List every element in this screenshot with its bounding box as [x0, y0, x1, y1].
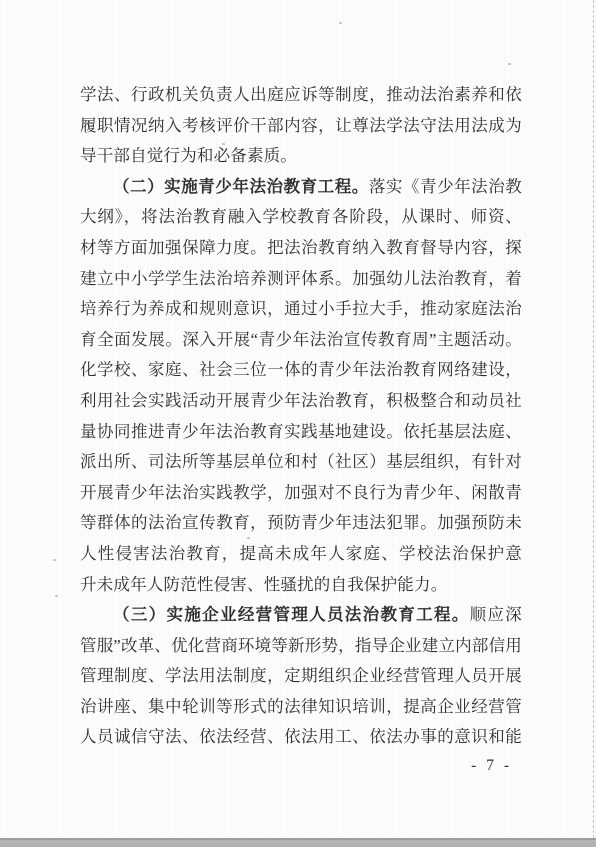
- page-number: - 7 -: [471, 757, 512, 775]
- document-body: 学法、行政机关负责人出庭应诉等制度，推动法治素养和依法 履职情况纳入考核评价干部…: [80, 80, 522, 753]
- scan-speck: [508, 63, 511, 65]
- text-line: （三）实施企业经营管理人员法治教育工程。顺应深化“放: [80, 600, 522, 631]
- section-heading: （三）实施企业经营管理人员法治教育工程。: [113, 605, 470, 624]
- scan-speck: [222, 143, 225, 145]
- section-heading: （二）实施青少年法治教育工程。: [113, 177, 369, 196]
- text-line: 建立中小学学生法治培养测评体系。加强幼儿法治教育，着力: [80, 264, 522, 295]
- text-line: 治讲座、集中轮训等形式的法律知识培训，提高企业经营管理: [80, 692, 522, 723]
- text-line: 等群体的法治宣传教育，预防青少年违法犯罪。加强预防未成年: [80, 508, 522, 539]
- text-line: 材等方面加强保障力度。把法治教育纳入教育督导内容，探索: [80, 233, 522, 264]
- text-line: 人性侵害法治教育，提高未成年人家庭、学校法治保护意识，提: [80, 539, 522, 570]
- text-line: （二）实施青少年法治教育工程。落实《青少年法治教育: [80, 172, 522, 203]
- text-line: 导干部自觉行为和必备素质。: [80, 141, 522, 172]
- paragraph: （二）实施青少年法治教育工程。落实《青少年法治教育 大纲》，将法治教育融入学校教…: [80, 172, 522, 600]
- text-line: 化学校、家庭、社会三位一体的青少年法治教育网络建设，充分: [80, 355, 522, 386]
- text-line: 人员诚信守法、依法经营、依法用工、依法办事的意识和能力。: [80, 722, 522, 753]
- text-line: 升未成年人防范性侵害、性骚扰的自我保护能力。: [80, 570, 522, 601]
- paragraph: 学法、行政机关负责人出庭应诉等制度，推动法治素养和依法 履职情况纳入考核评价干部…: [80, 80, 522, 172]
- scan-edge-right: [593, 0, 594, 838]
- scanned-document-page: 学法、行政机关负责人出庭应诉等制度，推动法治素养和依法 履职情况纳入考核评价干部…: [0, 0, 596, 847]
- text-line: 开展青少年法治实践教学，加强对不良行为青少年、闲散青少年: [80, 478, 522, 509]
- text-line: 利用社会实践活动开展青少年法治教育，积极整合和动员社会力: [80, 386, 522, 417]
- text-line: 管服”改革、优化营商环境等新形势，指导企业建立内部信用: [80, 631, 522, 662]
- paragraph: （三）实施企业经营管理人员法治教育工程。顺应深化“放 管服”改革、优化营商环境等…: [80, 600, 522, 753]
- text-line: 培养行为养成和规则意识，通过小手拉大手，推动家庭法治教: [80, 294, 522, 325]
- text-line: 管理制度、学法用法制度，定期组织企业经营管理人员开展法: [80, 661, 522, 692]
- text-line: 大纲》，将法治教育融入学校教育各阶段，从课时、师资、教: [80, 202, 522, 233]
- scan-edge-bottom: [0, 838, 596, 847]
- text-line: 履职情况纳入考核评价干部内容，让尊法学法守法用法成为领: [80, 111, 522, 142]
- scan-speck: [339, 22, 342, 24]
- text-line: 育全面发展。深入开展“青少年法治宣传教育周”主题活动。强: [80, 325, 522, 356]
- scan-speck: [53, 559, 56, 561]
- text-line: 学法、行政机关负责人出庭应诉等制度，推动法治素养和依法: [80, 80, 522, 111]
- scan-speck: [55, 595, 58, 597]
- scan-speck: [247, 537, 250, 539]
- text-line: 量协同推进青少年法治教育实践基地建设。依托基层法庭、公安: [80, 417, 522, 448]
- text-line: 派出所、司法所等基层单位和村（社区）基层组织，有针对性地: [80, 447, 522, 478]
